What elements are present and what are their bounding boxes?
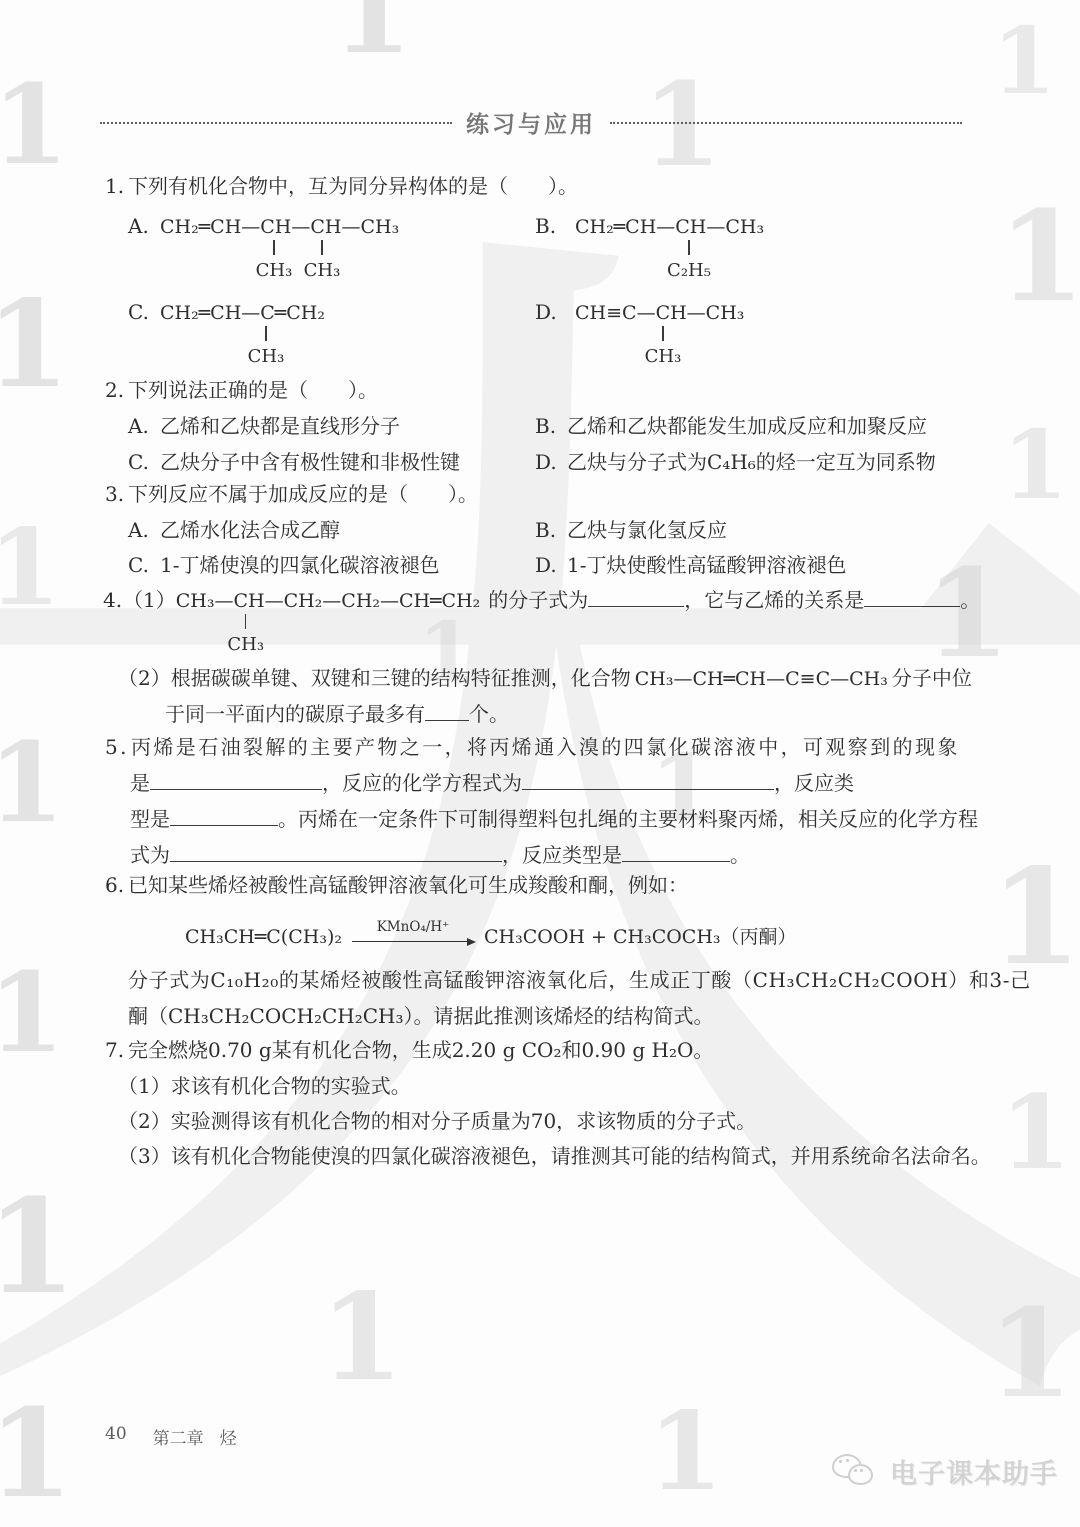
part-text: 实验测得该有机化合物的相对分子质量为70，求该物质的分子式。 [171, 1107, 756, 1135]
text-segment: 于同一平面内的碳原子最多有 [165, 700, 425, 728]
formula-branch: CH₃ [224, 614, 268, 659]
question-5-line-3: 型是 。丙烯在一定条件下可制得塑料包扎绳的主要材料聚丙烯，相关反应的化学方程 [130, 805, 978, 833]
bond-line [245, 614, 247, 629]
text-segment: 型是 [130, 805, 170, 833]
question-5-line-1: 5. 丙烯是石油裂解的主要产物之一，将丙烯通入溴的四氯化碳溶液中，可观察到的现象 [105, 733, 960, 761]
bubble-eye [846, 1459, 849, 1463]
option-label: A. [128, 212, 160, 240]
option-label: C. [128, 298, 160, 326]
question-2-stem: 2. 下列说法正确的是（ ）。 [105, 376, 378, 404]
option-label: B. [535, 516, 567, 544]
bond-line [321, 240, 323, 255]
q1-option-a: A. CH₂═CH—CH—CH—CH₃ CH₃ CH₃ [128, 212, 535, 241]
brand-name: 电子课本助手 [890, 1452, 1058, 1491]
q1-option-b: B. CH₂═CH—CH—CH₃ C₂H₅ [535, 212, 764, 241]
question-text: 完全燃烧0.70 g某有机化合物，生成2.20 g CO₂和0.90 g H₂O… [128, 1036, 713, 1064]
bond-line [662, 326, 664, 341]
option-label: A. [128, 412, 160, 440]
equation-products: CH₃COOH + CH₃COCH₃（丙酮） [484, 923, 797, 951]
question-number: 1. [105, 172, 128, 200]
question-text: 丙烯是石油裂解的主要产物之一，将丙烯通入溴的四氯化碳溶液中，可观察到的现象 [131, 733, 960, 761]
q3-option-d: D.1-丁炔使酸性高锰酸钾溶液褪色 [535, 551, 846, 579]
chapter-title: 烃 [220, 1424, 237, 1449]
option-label: D. [535, 551, 567, 579]
text-segment: ，它与乙烯的关系是 [684, 586, 864, 614]
formula-branch: CH₃ [252, 240, 296, 285]
page-number: 40 [105, 1424, 127, 1449]
question-text: 下列有机化合物中，互为同分异构体的是（ ）。 [128, 172, 578, 200]
option-text: 乙炔与氯化氢反应 [567, 516, 727, 544]
part-label: （2） [118, 1107, 171, 1135]
wechat-icon [832, 1454, 878, 1490]
question-number: 6. [105, 871, 128, 899]
branch-group: CH₃ [304, 257, 341, 285]
question-6-paragraph-line-2: 酮（CH₃CH₂COCH₂CH₂CH₃）。请据此推测该烯烃的结构简式。 [128, 1002, 714, 1030]
page-content: 练习与应用 1. 下列有机化合物中，互为同分异构体的是（ ）。 A. CH₂═C… [0, 0, 1080, 1527]
section-header: 练习与应用 [100, 106, 962, 139]
formula-branch: CH₃ [300, 240, 344, 285]
part-label: （1） [123, 586, 176, 614]
formula-main-chain: CH₂═CH—CH—CH₃ [575, 216, 764, 238]
answer-blank [425, 701, 469, 721]
option-label: B. [535, 412, 567, 440]
branch-group: CH₃ [248, 343, 285, 371]
text-segment: 是 [130, 769, 150, 797]
question-1-options-row-1: A. CH₂═CH—CH—CH—CH₃ CH₃ CH₃ B. CH₂═CH—CH… [128, 212, 1040, 241]
brand-watermark: 电子课本助手 [832, 1452, 1058, 1491]
question-number: 5. [105, 733, 131, 761]
structural-formula: CH≡C—CH—CH₃ CH₃ [575, 299, 744, 327]
answer-blank [522, 770, 774, 790]
text-segment: ，反应类型是 [502, 841, 622, 869]
question-6-paragraph-line-1: 分子式为C₁₀H₂₀的某烯烃被酸性高锰酸钾溶液氧化后，生成正丁酸（CH₃CH₂C… [128, 966, 1031, 994]
formula-branch: CH₃ [641, 326, 685, 371]
q1-option-d: D. CH≡C—CH—CH₃ CH₃ [535, 298, 744, 327]
question-7-part-2: （2） 实验测得该有机化合物的相对分子质量为70，求该物质的分子式。 [118, 1107, 756, 1135]
bond-line [265, 326, 267, 341]
structural-formula: CH₂═CH—C═CH₂ CH₃ [160, 299, 325, 327]
question-4-part-2-line-1: （2） 根据碳碳单键、双键和三键的结构特征推测，化合物 CH₃—CH═CH—C≡… [118, 664, 972, 693]
text-segment: 分子中位 [892, 664, 972, 692]
dotted-rule-left [100, 122, 452, 124]
part-text: 该有机化合物能使溴的四氯化碳溶液褪色，请推测其可能的结构简式，并用系统命名法命名… [171, 1142, 991, 1170]
bubble-eye [860, 1469, 863, 1473]
part-text: 求该有机化合物的实验式。 [171, 1072, 411, 1100]
option-text: 乙烯水化法合成乙醇 [160, 516, 340, 544]
option-text: 1-丁烯使溴的四氯化碳溶液褪色 [160, 551, 439, 579]
q3-option-b: B.乙炔与氯化氢反应 [535, 516, 727, 544]
q2-option-c: C.乙炔分子中含有极性键和非极性键 [128, 448, 535, 476]
text-segment: 。 [730, 841, 750, 869]
question-number: 3. [105, 480, 128, 508]
question-6-stem: 6. 已知某些烯烃被酸性高锰酸钾溶液氧化可生成羧酸和酮，例如： [105, 871, 688, 899]
text-segment: 个。 [469, 700, 509, 728]
q2-option-a: A.乙烯和乙炔都是直线形分子 [128, 412, 535, 440]
question-7-part-3: （3） 该有机化合物能使溴的四氯化碳溶液褪色，请推测其可能的结构简式，并用系统命… [118, 1142, 991, 1170]
formula-branch: C₂H₅ [667, 240, 711, 285]
question-3-options-row-1: A.乙烯水化法合成乙醇 B.乙炔与氯化氢反应 [128, 516, 1040, 544]
text-segment: 。丙烯在一定条件下可制得塑料包扎绳的主要材料聚丙烯，相关反应的化学方程 [278, 805, 978, 833]
q3-option-c: C.1-丁烯使溴的四氯化碳溶液褪色 [128, 551, 535, 579]
option-text: 乙烯和乙炔都能发生加成反应和加聚反应 [567, 412, 927, 440]
bond-line [273, 240, 275, 255]
formula-branch: CH₃ [244, 326, 288, 371]
text-segment: ，反应的化学方程式为 [322, 769, 522, 797]
branch-group: C₂H₅ [667, 257, 711, 285]
question-text: 已知某些烯烃被酸性高锰酸钾溶液氧化可生成羧酸和酮，例如： [128, 871, 688, 899]
question-1-options-row-2: C. CH₂═CH—C═CH₂ CH₃ D. CH≡C—CH—CH₃ CH₃ [128, 298, 1040, 327]
dotted-rule-right [610, 122, 962, 124]
chat-bubble [848, 1464, 873, 1485]
text-segment: 的分子式为 [488, 586, 588, 614]
reaction-arrow: KMnO₄/H⁺ [352, 915, 474, 951]
option-text: 乙炔与分子式为C₄H₆的烃一定互为同系物 [567, 448, 936, 476]
question-7-part-1: （1） 求该有机化合物的实验式。 [118, 1072, 411, 1100]
option-label: A. [128, 516, 160, 544]
bubble-eye [854, 1469, 857, 1473]
text-segment: 式为 [130, 841, 170, 869]
option-label: D. [535, 298, 575, 326]
page-footer: 40 第二章 烃 [105, 1424, 237, 1449]
bond-line [688, 240, 690, 255]
part-label: （2） [118, 664, 171, 692]
option-text: 乙烯和乙炔都是直线形分子 [160, 412, 400, 440]
structural-formula: CH₂═CH—CH—CH₃ C₂H₅ [575, 213, 764, 241]
text-segment: ，反应类 [774, 769, 854, 797]
structural-formula: CH₃—CH—CH₂—CH₂—CH═CH₂ CH₃ [176, 587, 481, 615]
text-segment: 。 [960, 586, 980, 614]
inline-formula: CH₃—CH═CH—C≡C—CH₃ [635, 665, 888, 693]
formula-main-chain: CH₂═CH—CH—CH—CH₃ [160, 216, 399, 238]
question-1-stem: 1. 下列有机化合物中，互为同分异构体的是（ ）。 [105, 172, 578, 200]
formula-main-chain: CH₂═CH—C═CH₂ [160, 302, 325, 324]
answer-blank [864, 587, 960, 607]
text-segment: 根据碳碳单键、双键和三键的结构特征推测，化合物 [171, 664, 631, 692]
question-4-part-1: 4. （1） CH₃—CH—CH₂—CH₂—CH═CH₂ CH₃ 的分子式为 ，… [103, 586, 980, 615]
question-2-options-row-1: A.乙烯和乙炔都是直线形分子 B.乙烯和乙炔都能发生加成反应和加聚反应 [128, 412, 1040, 440]
structural-formula: CH₂═CH—CH—CH—CH₃ CH₃ CH₃ [160, 213, 399, 241]
branch-group: CH₃ [645, 343, 682, 371]
part-label: （1） [118, 1072, 171, 1100]
section-title: 练习与应用 [466, 106, 596, 139]
question-5-line-4: 式为 ，反应类型是 。 [130, 841, 750, 869]
q2-option-d: D.乙炔与分子式为C₄H₆的烃一定互为同系物 [535, 448, 936, 476]
answer-blank [588, 587, 684, 607]
question-4-part-2-line-2: 于同一平面内的碳原子最多有 个。 [165, 700, 509, 728]
question-2-options-row-2: C.乙炔分子中含有极性键和非极性键 D.乙炔与分子式为C₄H₆的烃一定互为同系物 [128, 448, 1040, 476]
question-6-equation: CH₃CH═C(CH₃)₂ KMnO₄/H⁺ CH₃COOH + CH₃COCH… [185, 915, 797, 951]
q2-option-b: B.乙烯和乙炔都能发生加成反应和加聚反应 [535, 412, 927, 440]
answer-blank [622, 842, 730, 862]
option-label: C. [128, 448, 160, 476]
answer-blank [150, 770, 322, 790]
chapter-label: 第二章 [153, 1424, 204, 1449]
question-7-stem: 7. 完全燃烧0.70 g某有机化合物，生成2.20 g CO₂和0.90 g … [105, 1036, 713, 1064]
formula-main-chain: CH≡C—CH—CH₃ [575, 302, 744, 324]
answer-blank [170, 842, 502, 862]
text-segment: 酮（CH₃CH₂COCH₂CH₂CH₃）。请据此推测该烯烃的结构简式。 [128, 1002, 714, 1030]
question-3-options-row-2: C.1-丁烯使溴的四氯化碳溶液褪色 D.1-丁炔使酸性高锰酸钾溶液褪色 [128, 551, 1040, 579]
question-3-stem: 3. 下列反应不属于加成反应的是（ ）。 [105, 480, 478, 508]
q1-option-c: C. CH₂═CH—C═CH₂ CH₃ [128, 298, 535, 327]
branch-group: CH₃ [256, 257, 293, 285]
bubble-eye [839, 1460, 842, 1464]
equation-reactant: CH₃CH═C(CH₃)₂ [185, 923, 342, 951]
question-text: 下列反应不属于加成反应的是（ ）。 [128, 480, 478, 508]
question-number: 7. [105, 1036, 128, 1064]
branch-group: CH₃ [227, 631, 264, 659]
option-label: B. [535, 212, 575, 240]
arrow-shaft [352, 941, 474, 942]
option-text: 1-丁炔使酸性高锰酸钾溶液褪色 [567, 551, 846, 579]
question-5-line-2: 是 ，反应的化学方程式为 ，反应类 [130, 769, 854, 797]
textbook-page: 大 1 1 1 1 1 1 1 1 1 1 1 1 1 1 1 1 1 1 1 … [0, 0, 1080, 1527]
part-label: （3） [118, 1142, 171, 1170]
question-number: 4. [103, 586, 123, 614]
answer-blank [170, 806, 278, 826]
reaction-condition: KMnO₄/H⁺ [352, 913, 474, 941]
question-number: 2. [105, 376, 128, 404]
text-segment: 分子式为C₁₀H₂₀的某烯烃被酸性高锰酸钾溶液氧化后，生成正丁酸（CH₃CH₂C… [128, 966, 1031, 994]
formula-main-chain: CH₃—CH—CH₂—CH₂—CH═CH₂ [176, 590, 481, 612]
option-text: 乙炔分子中含有极性键和非极性键 [160, 448, 460, 476]
question-text: 下列说法正确的是（ ）。 [128, 376, 378, 404]
option-label: D. [535, 448, 567, 476]
q3-option-a: A.乙烯水化法合成乙醇 [128, 516, 535, 544]
option-label: C. [128, 551, 160, 579]
